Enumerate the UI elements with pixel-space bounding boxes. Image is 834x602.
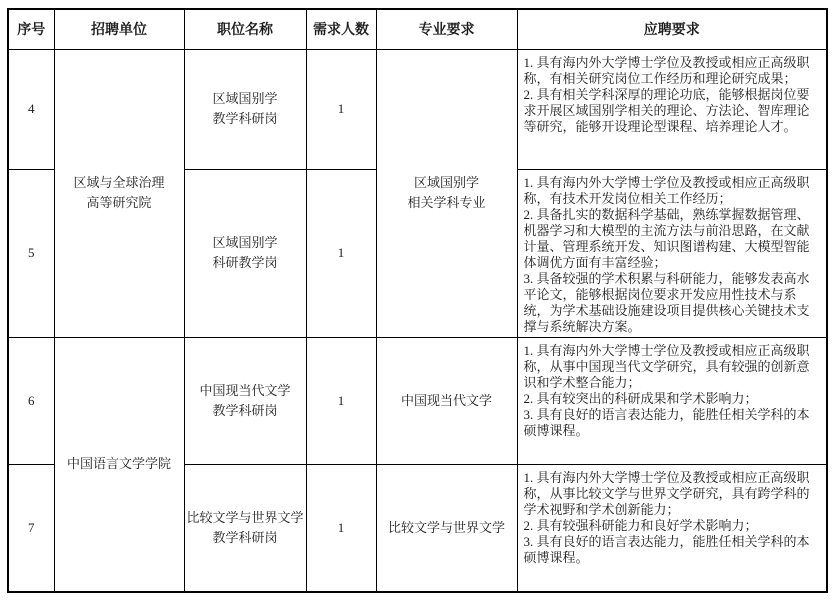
requirements-cell: 1. 具有海内外大学博士学位及教授或相应正高级职称，有技术开发岗位相关工作经历；…: [517, 169, 827, 337]
unit-cell: 中国语言文学学院: [54, 337, 184, 592]
row-no: 7: [8, 464, 54, 592]
position-cell: 比较文学与世界文学 教学科研岗: [184, 464, 306, 592]
row-no: 4: [8, 49, 54, 169]
header-major: 专业要求: [376, 9, 517, 49]
major-cell: 区域国别学 相关学科专业: [376, 49, 517, 337]
header-count: 需求人数: [306, 9, 376, 49]
major-cell: 比较文学与世界文学: [376, 464, 517, 592]
table-header-row: 序号 招聘单位 职位名称 需求人数 专业要求 应聘要求: [8, 9, 827, 49]
unit-cell: 区域与全球治理 高等研究院: [54, 49, 184, 337]
document-page: 序号 招聘单位 职位名称 需求人数 专业要求 应聘要求 4 区域与全球治理 高等…: [0, 0, 834, 602]
requirements-cell: 1. 具有海内外大学博士学位及教授或相应正高级职称，从事比较文学与世界文学研究，…: [517, 464, 827, 592]
header-requirements: 应聘要求: [517, 9, 827, 49]
major-cell: 中国现当代文学: [376, 337, 517, 464]
table-row: 6 中国语言文学学院 中国现当代文学 教学科研岗 1 中国现当代文学 1. 具有…: [8, 337, 827, 464]
requirements-cell: 1. 具有海内外大学博士学位及教授或相应正高级职称，从事中国现当代文学研究，具有…: [517, 337, 827, 464]
row-no: 5: [8, 169, 54, 337]
position-cell: 区域国别学 科研教学岗: [184, 169, 306, 337]
recruitment-table: 序号 招聘单位 职位名称 需求人数 专业要求 应聘要求 4 区域与全球治理 高等…: [7, 8, 828, 593]
requirements-cell: 1. 具有海内外大学博士学位及教授或相应正高级职称，有相关研究岗位工作经历和理论…: [517, 49, 827, 169]
table-row: 4 区域与全球治理 高等研究院 区域国别学 教学科研岗 1 区域国别学 相关学科…: [8, 49, 827, 169]
position-cell: 区域国别学 教学科研岗: [184, 49, 306, 169]
count-cell: 1: [306, 464, 376, 592]
count-cell: 1: [306, 49, 376, 169]
header-position: 职位名称: [184, 9, 306, 49]
header-no: 序号: [8, 9, 54, 49]
row-no: 6: [8, 337, 54, 464]
header-unit: 招聘单位: [54, 9, 184, 49]
position-cell: 中国现当代文学 教学科研岗: [184, 337, 306, 464]
count-cell: 1: [306, 169, 376, 337]
count-cell: 1: [306, 337, 376, 464]
